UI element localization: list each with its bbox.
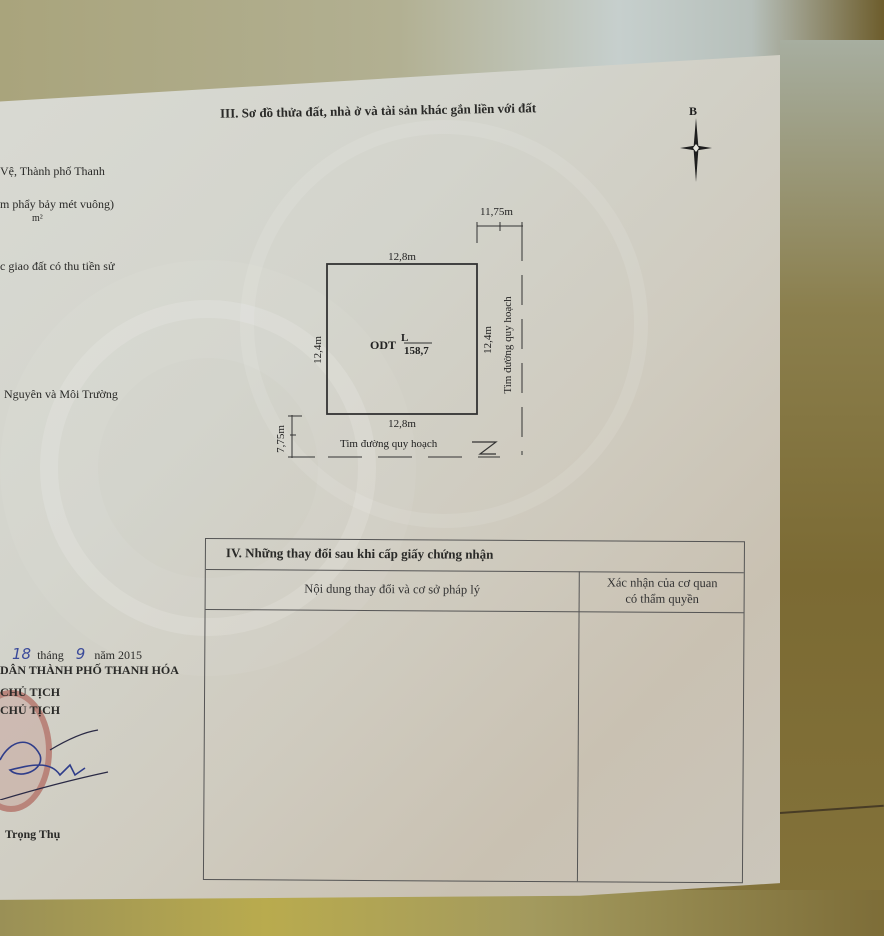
column-divider (577, 571, 580, 881)
column-header-authority-line2: có thẩm quyền (581, 590, 744, 607)
land-type-code: ODT (370, 338, 396, 352)
offset-top-right-label: 11,75m (480, 206, 513, 218)
offset-bottom-left-label: 7,75m (275, 425, 287, 453)
handwritten-signature (0, 720, 120, 800)
changes-table-title-row: IV. Những thay đổi sau khi cấp giấy chứn… (206, 539, 744, 573)
parcel-area: 158,7 (404, 345, 429, 357)
north-arrow-icon (678, 104, 714, 184)
top-edge-label: 12,8m (388, 251, 416, 263)
column-header-authority-line1: Xác nhận của cơ quan (581, 574, 744, 591)
right-road-label: Tim đường quy hoạch (502, 296, 514, 394)
bottom-edge-label: 12,8m (388, 418, 416, 430)
year-label: năm 2015 (94, 648, 142, 662)
section-iv-title: IV. Những thay đổi sau khi cấp giấy chứn… (226, 545, 494, 563)
area-unit: m² (32, 213, 43, 224)
bottom-road-label: Tim đường quy hoạch (340, 438, 438, 450)
land-use-fragment: c giao đất có thu tiền sử (0, 259, 114, 274)
signer-role-1: CHỦ TỊCH (0, 685, 60, 700)
area-words-fragment: m phẩy bảy mét vuông) (0, 197, 114, 212)
issue-day: 18 (12, 645, 31, 663)
left-edge-label: 12,4m (312, 336, 324, 364)
column-header-change-content: Nội dung thay đổi và cơ sở pháp lý (206, 581, 579, 598)
right-edge-label: 12,4m (482, 326, 494, 354)
signer-role-2: CHỦ TỊCH (0, 703, 60, 718)
issuing-organization: DÂN THÀNH PHỐ THANH HÓA (0, 663, 179, 678)
month-label: tháng (37, 648, 64, 662)
changes-table-header: Nội dung thay đổi và cơ sở pháp lý Xác n… (206, 569, 744, 613)
parcel-number: L (401, 332, 408, 344)
agency-fragment: Nguyên và Môi Trường (4, 387, 118, 402)
signer-name: Trọng Thụ (5, 827, 60, 842)
land-plot-diagram: 12,8m 12,8m 12,4m 12,4m ODT L 158,7 11,7… (270, 195, 540, 470)
address-fragment: Vệ, Thành phố Thanh (0, 164, 105, 179)
issue-month: 9 (76, 645, 86, 663)
column-header-authority-confirmation: Xác nhận của cơ quan có thẩm quyền (581, 574, 744, 607)
issue-date: 18 tháng 9 năm 2015 (12, 645, 142, 663)
changes-table: IV. Những thay đổi sau khi cấp giấy chứn… (203, 538, 745, 883)
background-floor-right (780, 40, 884, 936)
